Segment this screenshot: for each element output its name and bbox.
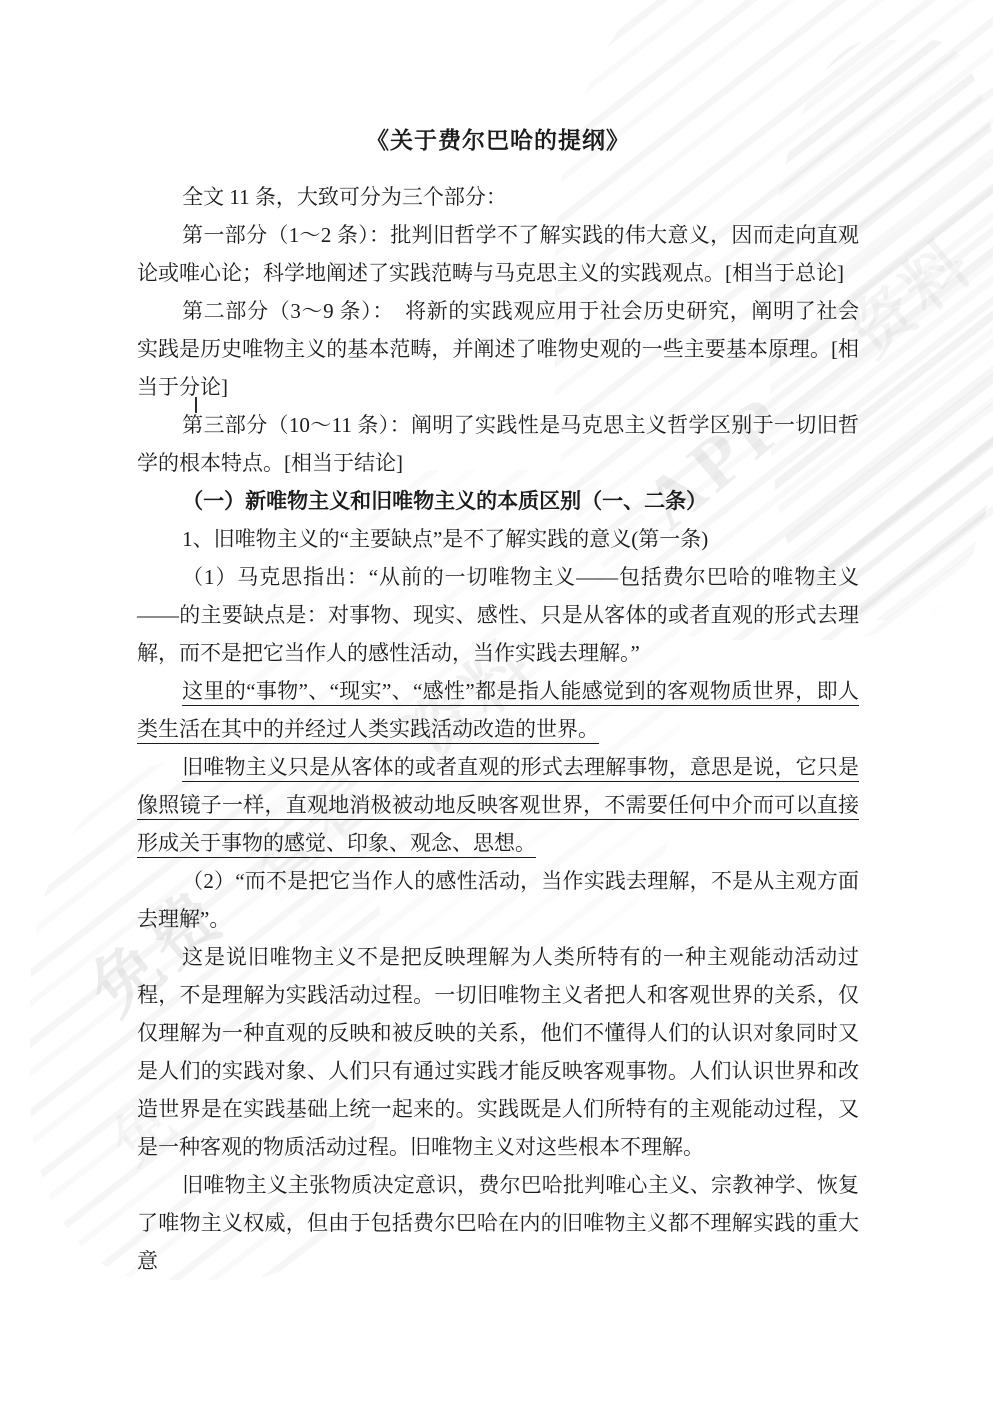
text-column: 《关于费尔巴哈的提纲》 全文 11 条，大致可分为三个部分：第一部分（1～2 条… bbox=[137, 124, 859, 1280]
paragraph: 第二部分（3～9 条）： 将新的实践观应用于社会历史研究，阐明了社会实践是历史唯… bbox=[137, 292, 859, 406]
text-cursor-artifact bbox=[195, 397, 197, 413]
page-title: 《关于费尔巴哈的提纲》 bbox=[137, 124, 859, 158]
paragraph: 旧唯物主义主张物质决定意识，费尔巴哈批判唯心主义、宗教神学、恢复了唯物主义权威，… bbox=[137, 1166, 859, 1280]
paragraph: （1）马克思指出：“从前的一切唯物主义——包括费尔巴哈的唯物主义——的主要缺点是… bbox=[137, 558, 859, 672]
paragraph: 第一部分（1～2 条）：批判旧哲学不了解实践的伟大意义，因而走向直观论或唯心论；… bbox=[137, 216, 859, 292]
paragraph: 旧唯物主义只是从客体的或者直观的形式去理解事物，意思是说，它只是像照镜子一样，直… bbox=[137, 748, 859, 862]
document-body: 全文 11 条，大致可分为三个部分：第一部分（1～2 条）：批判旧哲学不了解实践… bbox=[137, 178, 859, 1280]
paragraph: 第三部分（10～11 条）：阐明了实践性是马克思主义哲学区别于一切旧哲学的根本特… bbox=[137, 406, 859, 482]
paragraph: 全文 11 条，大致可分为三个部分： bbox=[137, 178, 859, 216]
document-page: 免费查看资料APP资料免 《关于费尔巴哈的提纲》 全文 11 条，大致可分为三个… bbox=[0, 0, 993, 1404]
paragraph: （一）新唯物主义和旧唯物主义的本质区别（一、二条） bbox=[137, 482, 859, 520]
paragraph: 这是说旧唯物主义不是把反映理解为人类所特有的一种主观能动活动过程，不是理解为实践… bbox=[137, 938, 859, 1166]
paragraph: 1、旧唯物主义的“主要缺点”是不了解实践的意义(第一条) bbox=[137, 520, 859, 558]
paragraph: 这里的“事物”、“现实”、“感性”都是指人能感觉到的客观物质世界，即人类生活在其… bbox=[137, 672, 859, 748]
paragraph: （2）“而不是把它当作人的感性活动，当作实践去理解，不是从主观方面去理解”。 bbox=[137, 862, 859, 938]
